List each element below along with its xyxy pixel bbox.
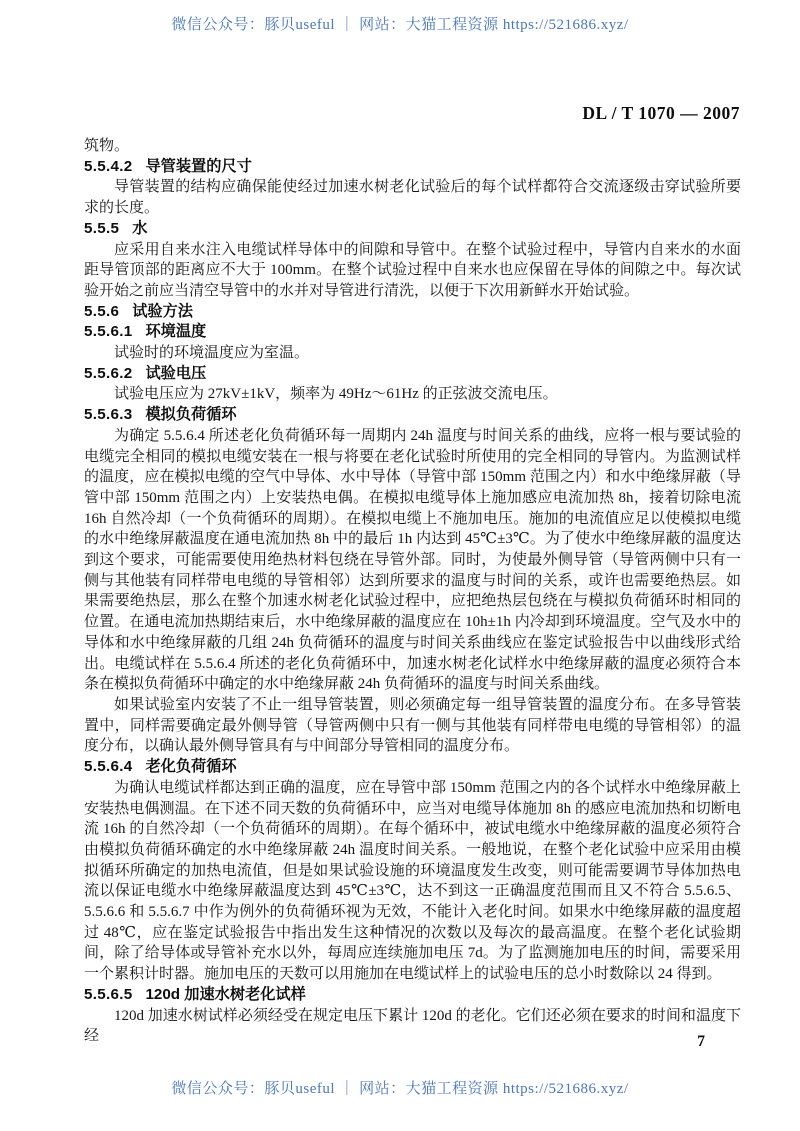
section-heading-5-5-6-3: 5.5.6.3模拟负荷循环 (84, 405, 741, 426)
heading-title: 120d 加速水树老化试样 (145, 986, 305, 1003)
heading-number: 5.5.5 (84, 220, 119, 237)
paragraph: 为确认电缆试样都达到正确的温度，应在导管中部 150mm 范围之内的各个试样水中… (84, 778, 741, 985)
paragraph: 为确定 5.5.6.4 所述老化负荷循环每一周期内 24h 温度与时间关系的曲线… (84, 426, 741, 695)
section-heading-5-5-6-4: 5.5.6.4老化负荷循环 (84, 757, 741, 778)
heading-number: 5.5.6.3 (84, 406, 133, 423)
heading-number: 5.5.6.2 (84, 365, 133, 382)
heading-title: 试验方法 (132, 303, 193, 320)
paragraph: 120d 加速水树试样必须经受在规定电压下累计 120d 的老化。它们还必须在要… (84, 1006, 741, 1047)
section-heading-5-5-4-2: 5.5.4.2导管装置的尺寸 (84, 157, 741, 178)
heading-title: 导管装置的尺寸 (145, 158, 251, 175)
heading-title: 老化负荷循环 (145, 758, 236, 775)
section-heading-5-5-6-1: 5.5.6.1环境温度 (84, 322, 741, 343)
page-number: 7 (697, 1033, 705, 1051)
heading-title: 环境温度 (145, 323, 206, 340)
heading-number: 5.5.6.1 (84, 323, 133, 340)
paragraph: 如果试验室内安装了不止一组导管装置，则必须确定每一组导管装置的温度分布。在多导管… (84, 695, 741, 757)
heading-title: 模拟负荷循环 (145, 406, 236, 423)
heading-number: 5.5.4.2 (84, 158, 133, 175)
standard-number: DL / T 1070 — 2007 (582, 103, 740, 124)
document-body: 筑物。 5.5.4.2导管装置的尺寸 导管装置的结构应确保能使经过加速水树老化试… (84, 136, 741, 1047)
paragraph: 应采用自来水注入电缆试样导体中的间隙和导管中。在整个试验过程中，导管内自来水的水… (84, 240, 741, 302)
heading-number: 5.5.6.4 (84, 758, 133, 775)
watermark-footer: 微信公众号：豚贝useful ｜ 网站：大猫工程资源 https://52168… (0, 1077, 800, 1098)
section-heading-5-5-6: 5.5.6试验方法 (84, 302, 741, 323)
section-heading-5-5-6-2: 5.5.6.2试验电压 (84, 364, 741, 385)
section-heading-5-5-5: 5.5.5水 (84, 219, 741, 240)
paragraph: 试验时的环境温度应为室温。 (84, 343, 741, 364)
watermark-header: 微信公众号：豚贝useful ｜ 网站：大猫工程资源 https://52168… (0, 13, 800, 34)
continuation-text: 筑物。 (84, 136, 741, 157)
heading-title: 水 (132, 220, 147, 237)
heading-number: 5.5.6.5 (84, 986, 133, 1003)
paragraph: 试验电压应为 27kV±1kV，频率为 49Hz～61Hz 的正弦波交流电压。 (84, 384, 741, 405)
section-heading-5-5-6-5: 5.5.6.5120d 加速水树老化试样 (84, 985, 741, 1006)
heading-title: 试验电压 (145, 365, 206, 382)
paragraph: 导管装置的结构应确保能使经过加速水树老化试验后的每个试样都符合交流逐级击穿试验所… (84, 177, 741, 218)
heading-number: 5.5.6 (84, 303, 119, 320)
document-page: 微信公众号：豚贝useful ｜ 网站：大猫工程资源 https://52168… (0, 0, 800, 1131)
